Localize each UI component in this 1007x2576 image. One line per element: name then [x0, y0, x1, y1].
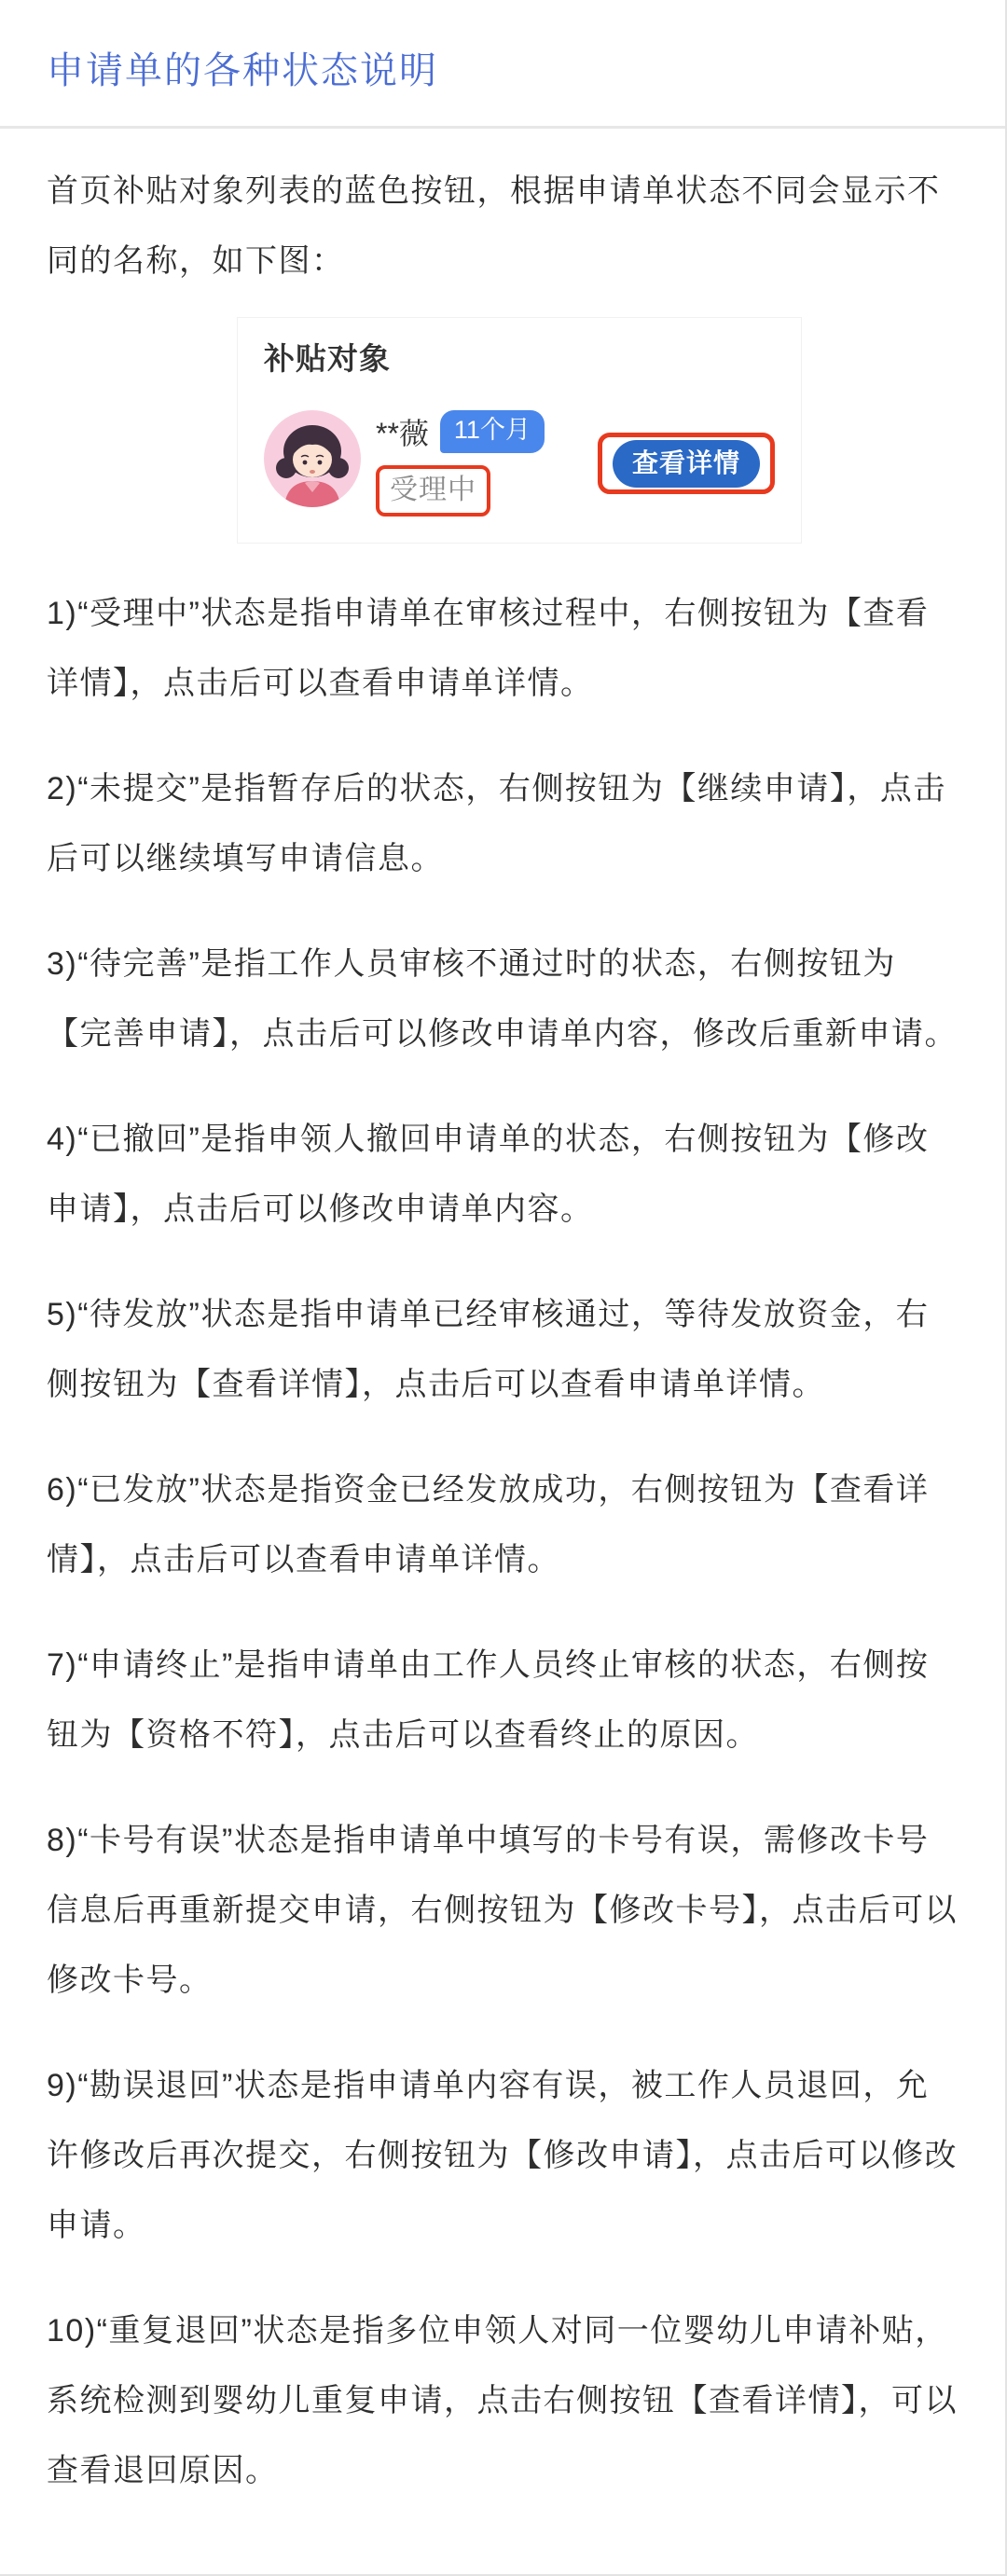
status-item-9: 9)“勘误退回”状态是指申请单内容有误，被工作人员退回，允许修改后再次提交，右侧…	[47, 2051, 960, 2261]
recipient-name: **薇	[376, 410, 429, 454]
status-item-6: 6)“已发放”状态是指资金已经发放成功，右侧按钮为【查看详情】，点击后可以查看申…	[47, 1455, 960, 1595]
title-divider	[0, 126, 1005, 129]
page-title: 申请单的各种状态说明	[0, 0, 1005, 126]
recipient-info: **薇 11个月 受理中	[376, 410, 545, 517]
name-row: **薇 11个月	[376, 410, 545, 454]
status-item-10: 10)“重复退回”状态是指多位申领人对同一位婴幼儿申请补贴，系统检测到婴幼儿重复…	[47, 2296, 960, 2506]
view-details-button: 查看详情	[613, 440, 760, 488]
recipient-row: **薇 11个月 受理中 查看详情	[264, 410, 775, 517]
age-badge: 11个月	[440, 410, 545, 453]
status-label: 受理中	[390, 475, 476, 505]
status-item-8: 8)“卡号有误”状态是指申请单中填写的卡号有误，需修改卡号信息后再重新提交申请，…	[47, 1806, 960, 2016]
screenshot-figure: 补贴对象	[237, 317, 802, 544]
status-highlight-box: 受理中	[376, 465, 490, 517]
status-item-4: 4)“已撤回”是指申领人撤回申请单的状态，右侧按钮为【修改申请】，点击后可以修改…	[47, 1105, 960, 1245]
page-container: 申请单的各种状态说明 首页补贴对象列表的蓝色按钮，根据申请单状态不同会显示不同的…	[0, 0, 1007, 2576]
status-item-5: 5)“待发放”状态是指申请单已经审核通过，等待发放资金，右侧按钮为【查看详情】，…	[47, 1280, 960, 1420]
status-item-1: 1)“受理中”状态是指申请单在审核过程中，右侧按钮为【查看详情】，点击后可以查看…	[47, 579, 960, 719]
status-item-2: 2)“未提交”是指暂存后的状态，右侧按钮为【继续申请】，点击后可以继续填写申请信…	[47, 754, 960, 894]
status-item-7: 7)“申请终止”是指申请单由工作人员终止审核的状态，右侧按钮为【资格不符】，点击…	[47, 1631, 960, 1770]
figure-section-title: 补贴对象	[264, 335, 775, 379]
intro-paragraph: 首页补贴对象列表的蓝色按钮，根据申请单状态不同会显示不同的名称，如下图：	[47, 157, 960, 296]
status-item-3: 3)“待完善”是指工作人员审核不通过时的状态，右侧按钮为【完善申请】，点击后可以…	[47, 930, 960, 1069]
button-highlight-box: 查看详情	[598, 433, 775, 494]
girl-avatar	[264, 410, 361, 507]
